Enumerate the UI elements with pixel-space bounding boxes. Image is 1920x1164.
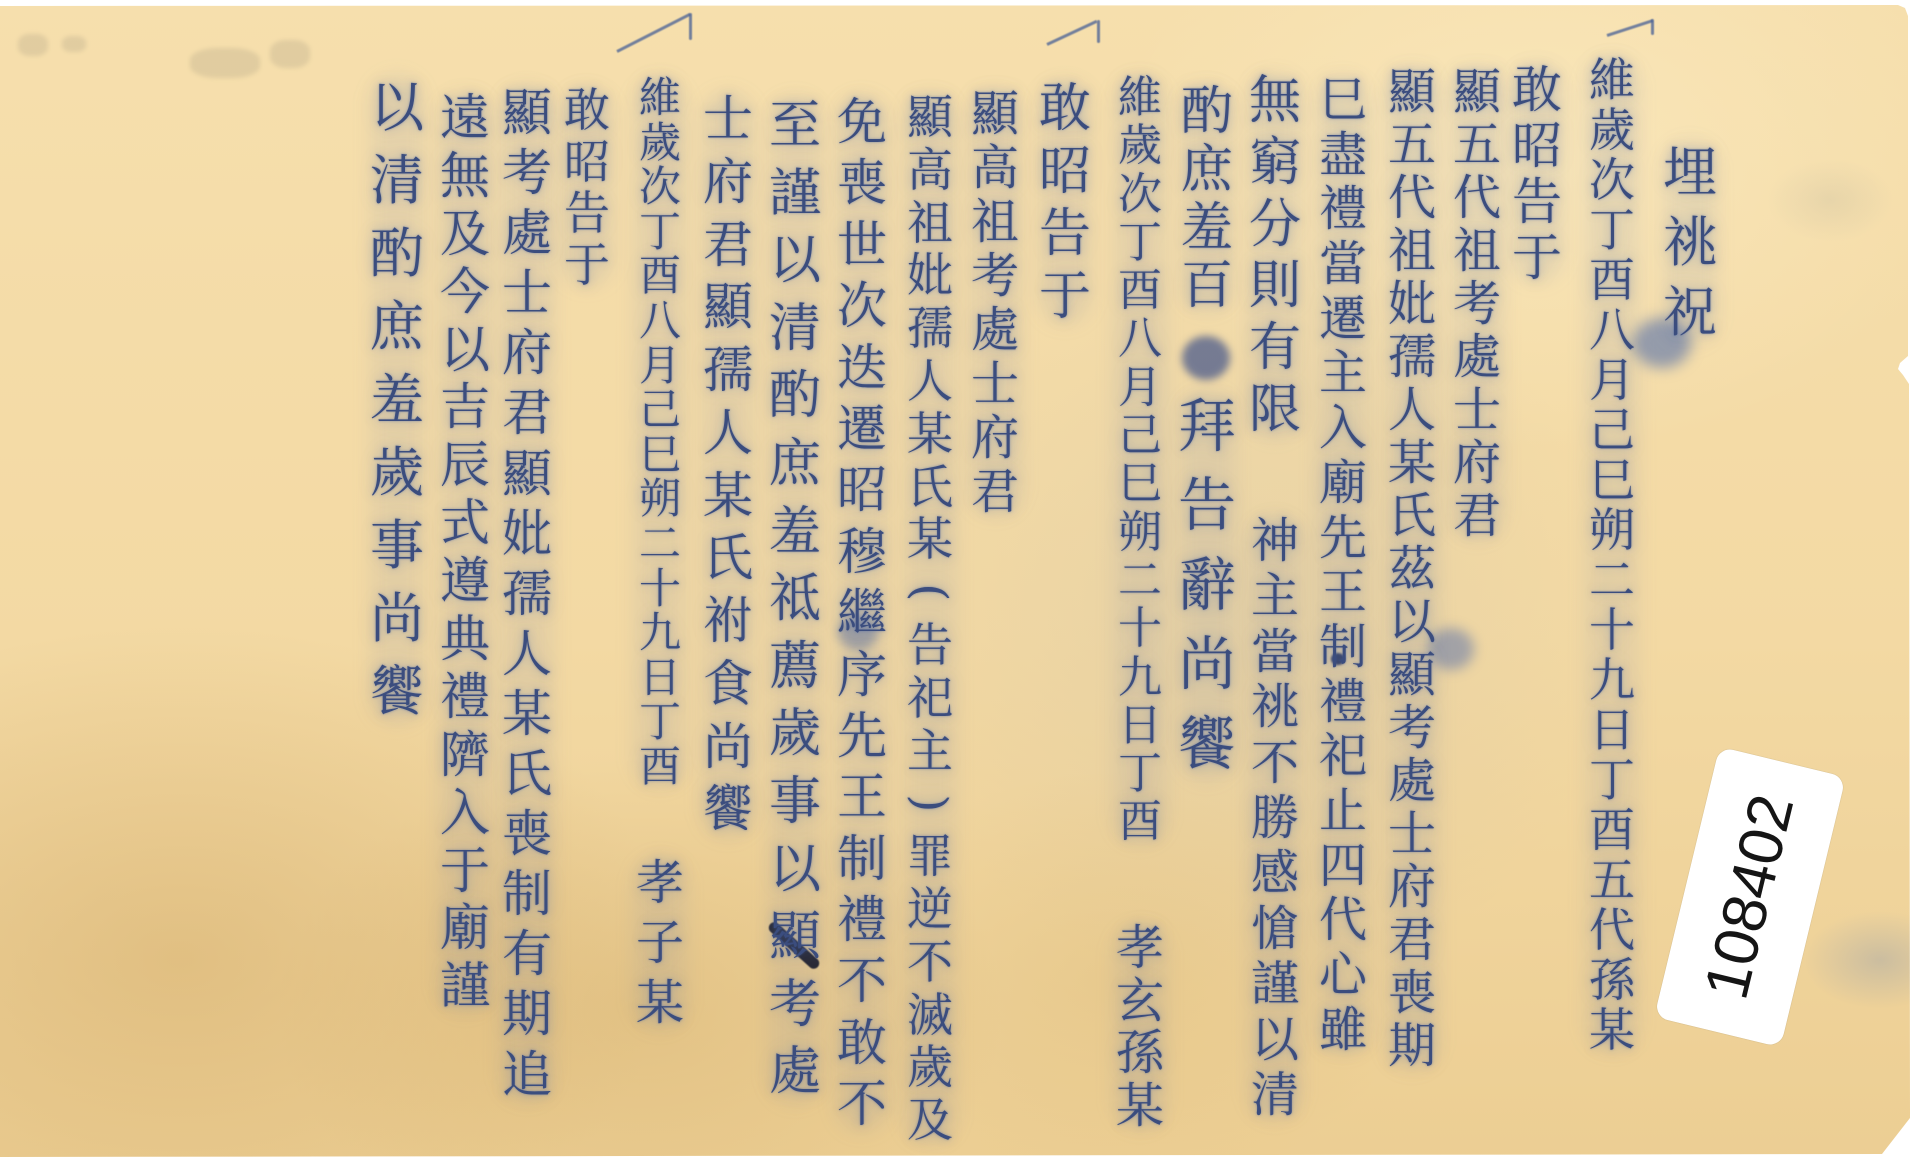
fifth-ancestor-grandmother-line: 顯五代祖妣孺人某氏茲以顯考處士府君喪期: [1377, 66, 1447, 1073]
ink-blot: [1182, 336, 1230, 380]
section-mark: [1607, 19, 1654, 37]
invocation-line: 敢昭告于: [552, 85, 622, 291]
great-great-grandmother-line: 顯高祖妣孺人某氏某(告祀主)罪逆不滅歲及: [895, 91, 965, 1147]
section-mark: [1046, 20, 1097, 46]
section-mark-hook: [1651, 19, 1654, 35]
date-line-filial-son: 維歲次丁酉八月己巳朔二十九日丁酉: [625, 76, 695, 790]
bleed-through-mark: [270, 40, 310, 68]
ritual-text-column: 遠無及今以吉辰式遵典禮隮入于廟謹: [430, 90, 500, 1016]
fifth-ancestor-grandfather-line: 顯五代祖考處士府君: [1442, 66, 1512, 543]
great-great-grandfather-line: 顯高祖考處士府君: [960, 87, 1030, 519]
date-line-fifth-generation-grandson: 維歲次丁酉八月己巳朔二十九日丁酉五代孫某: [1577, 55, 1647, 1055]
ritual-text-column: 無窮分則有限: [1240, 71, 1310, 442]
invocation-line: 敢昭告于: [1502, 62, 1572, 286]
offering-line: 酌庶羞百: [1172, 83, 1242, 315]
deceased-parents-line: 顯考處士府君顯妣孺人某氏喪制有期追: [492, 83, 562, 1105]
accession-number-sticker: 108402: [1654, 747, 1846, 1048]
ritual-text-column-continued: 神主當祧不勝感愴謹以清: [1240, 514, 1310, 1123]
section-mark-hook: [1097, 20, 1100, 43]
section-mark-hook: [689, 13, 692, 40]
document-paper: 埋祧祝 維歲次丁酉八月己巳朔二十九日丁酉五代孫某 敢昭告于 顯五代祖考處士府君 …: [0, 0, 1920, 1164]
accession-number: 108402: [1696, 789, 1805, 1005]
ritual-text-column: 巳盡禮當遷主入廟先王制禮祀止四代心雖: [1308, 73, 1378, 1057]
ritual-text-column: 至謹以清酌庶羞祗薦歲事以顯考處: [760, 93, 830, 1107]
ritual-text-column: 免喪世次迭遷昭穆繼序先王制禮不敢不: [827, 92, 897, 1136]
signatory: 孝玄孫某: [1105, 922, 1175, 1132]
bleed-through-mark: [190, 48, 260, 78]
date-line-great-great-grandson: 維歲次丁酉八月己巳朔二十九日丁酉: [1105, 74, 1175, 847]
bleed-through-mark: [18, 34, 48, 56]
offering-line: 以清酌庶羞歲事尚饗: [362, 71, 432, 728]
bleed-through-mark: [62, 36, 86, 52]
ritual-text-column: 士府君顯孺人某氏祔食尚饗: [693, 88, 763, 841]
document-title: 埋祧祝: [1655, 138, 1725, 348]
signatory: 孝子某: [625, 853, 695, 1033]
section-mark: [616, 13, 690, 53]
invocation-line: 敢昭告于: [1030, 78, 1100, 328]
offering-line-continued: 拜告辭尚饗: [1172, 387, 1242, 784]
